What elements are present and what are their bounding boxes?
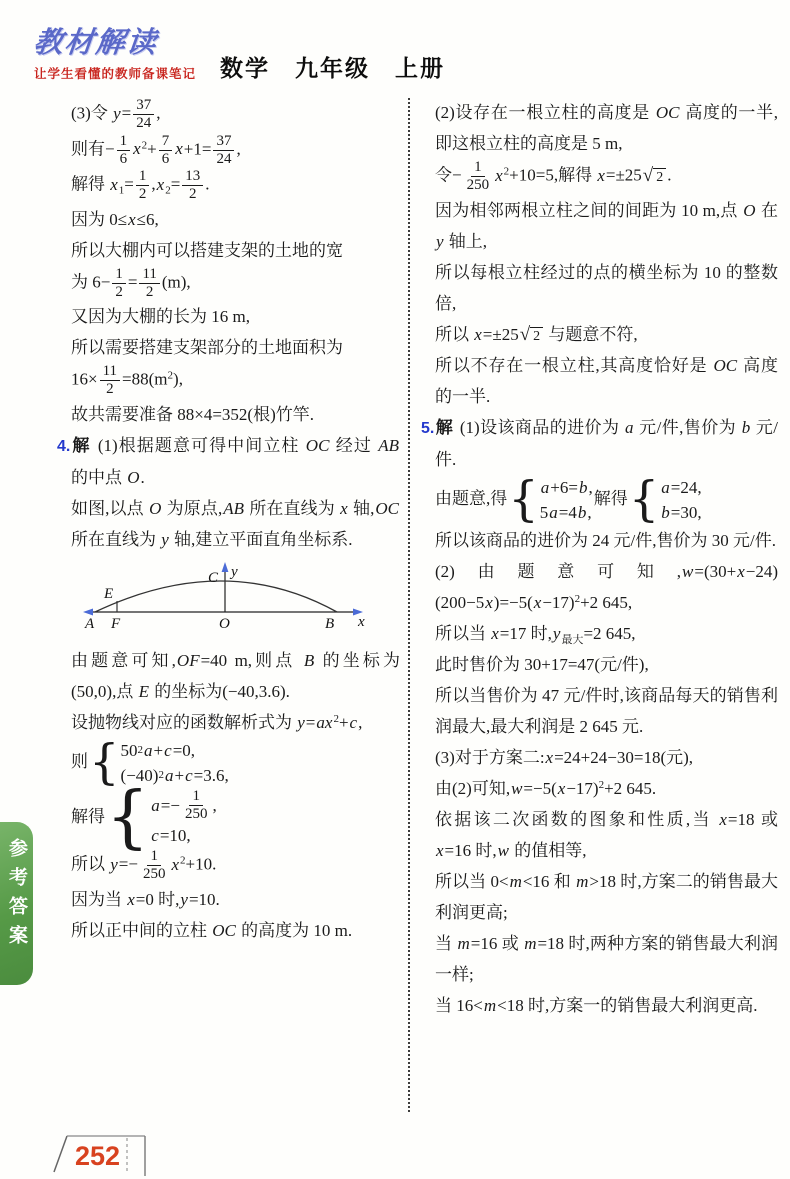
solution-paragraph: 解得{a=−1250,c=10, bbox=[57, 788, 400, 849]
text-run: = bbox=[306, 713, 316, 732]
math-variable: O bbox=[742, 201, 756, 220]
math-variable: x bbox=[494, 166, 504, 185]
solution-paragraph: (2)设存在一根立柱的高度是 OC 高度的一半,即这根立柱的高度是 5 m, bbox=[421, 97, 778, 159]
item-number: 4. bbox=[57, 438, 71, 455]
solution-paragraph: 由(2)可知,w=−5(x−17)2+2 645. bbox=[421, 773, 778, 804]
solution-paragraph: 所以正中间的立柱 OC 的高度为 10 m. bbox=[57, 915, 400, 946]
text-run: 在 bbox=[756, 201, 778, 220]
text-run: (1)根据题意可得中间立柱 bbox=[93, 436, 305, 455]
math-variable: y bbox=[435, 232, 445, 251]
math-variable: y bbox=[109, 855, 119, 874]
math-variable: x bbox=[339, 499, 349, 518]
text-run: =− bbox=[119, 855, 138, 874]
text-run: 经过 bbox=[330, 436, 377, 455]
solution-paragraph: 所以每根立柱经过的点的横坐标为 10 的整数倍, bbox=[421, 257, 778, 319]
solution-paragraph: 因为 0≤x≤6, bbox=[57, 204, 400, 235]
solution-paragraph: 所以大棚内可以搭建支架的土地的宽 bbox=[57, 235, 400, 266]
fraction-numerator: 7 bbox=[159, 133, 173, 151]
math-variable: y bbox=[296, 713, 306, 732]
solution-paragraph: 所以当 x=17 时,y最大=2 645, bbox=[421, 618, 778, 649]
text-run: + bbox=[147, 139, 157, 158]
text-run: = bbox=[122, 104, 132, 123]
math-variable: B bbox=[303, 651, 315, 670]
math-fraction: 3724 bbox=[133, 97, 154, 133]
math-fraction: 76 bbox=[159, 133, 173, 169]
fraction-numerator: 1 bbox=[112, 266, 126, 284]
text-run: , bbox=[156, 104, 160, 123]
text-run: +1= bbox=[184, 139, 212, 158]
math-variable: x bbox=[557, 779, 567, 798]
text-run: . bbox=[205, 175, 209, 194]
cases-brace: { bbox=[629, 480, 660, 518]
math-variable: a bbox=[143, 738, 154, 763]
text-run: 与题意不符, bbox=[544, 325, 638, 344]
fraction-denominator: 2 bbox=[186, 186, 200, 203]
text-run: + bbox=[339, 713, 349, 732]
fraction-denominator: 250 bbox=[464, 177, 493, 194]
math-variable: b bbox=[578, 475, 589, 500]
text-run: 因为相邻两根立柱之间的间距为 10 m,点 bbox=[435, 201, 742, 220]
text-run: )=−5( bbox=[494, 593, 533, 612]
math-variable: y bbox=[160, 530, 170, 549]
text-run: 所在直线为 bbox=[245, 499, 339, 518]
bold-run: 解 bbox=[435, 418, 455, 437]
text-run: 解得 bbox=[71, 807, 105, 826]
fraction-numerator: 1 bbox=[136, 168, 150, 186]
math-fraction: 112 bbox=[139, 266, 159, 302]
math-variable: OC bbox=[305, 436, 331, 455]
reference-answers-tab-label: 参考答案 bbox=[3, 838, 30, 985]
text-run: 的中点 bbox=[71, 468, 126, 487]
text-run: 当 16< bbox=[435, 996, 483, 1015]
text-run: =88(m bbox=[122, 370, 167, 389]
text-run: 的高度为 10 m. bbox=[237, 921, 352, 940]
solution-paragraph: 所以需要搭建支架部分的土地面积为 bbox=[57, 332, 400, 363]
solution-paragraph: (2)由题意可知,w=(30+x−24)(200−5x)=−5(x−17)2+2… bbox=[421, 556, 778, 618]
math-variable: x bbox=[156, 175, 166, 194]
cases-rows: a=24,b=30, bbox=[660, 475, 701, 525]
answer-column-right: (2)设存在一根立柱的高度是 OC 高度的一半,即这根立柱的高度是 5 m,令−… bbox=[421, 97, 778, 1021]
fraction-numerator: 37 bbox=[133, 97, 154, 115]
text-run: =30, bbox=[671, 500, 702, 525]
fraction-denominator: 6 bbox=[159, 151, 173, 168]
radicand: 2 bbox=[653, 168, 666, 187]
numbered-solution-paragraph: 5.解 (1)设该商品的进价为 a 元/件,售价为 b 元/件. bbox=[421, 412, 778, 475]
solution-paragraph: 令−1250x2+10=5,解得 x=±25√2. bbox=[421, 159, 778, 195]
fraction-numerator: 37 bbox=[213, 133, 234, 151]
text-run: 解得 bbox=[594, 488, 628, 507]
text-run: 所以每根立柱经过的点的横坐标为 10 的整数倍, bbox=[435, 263, 778, 313]
text-run: 因为当 bbox=[71, 890, 126, 909]
fraction-denominator: 2 bbox=[143, 284, 157, 301]
math-variable: a bbox=[624, 418, 635, 437]
fraction-denominator: 250 bbox=[140, 866, 169, 883]
math-variable: x bbox=[435, 841, 445, 860]
text-run: 所以当售价为 47 元/件时,该商品每天的销售利润最大,最大利润是 2 645 … bbox=[435, 686, 778, 736]
text-run: 令− bbox=[435, 166, 462, 185]
text-run: =24+24−30=18(元), bbox=[554, 748, 693, 767]
text-run: =10, bbox=[160, 823, 191, 848]
text-run: <18 时,方案一的销售最大利润更高. bbox=[497, 996, 757, 1015]
text-run: , bbox=[212, 793, 216, 818]
math-variable: ax bbox=[315, 713, 333, 732]
cases-brace: { bbox=[89, 743, 120, 781]
text-run: +2 645. bbox=[604, 779, 656, 798]
text-run: 由(2)可知, bbox=[435, 779, 510, 798]
text-run: +2 645, bbox=[580, 593, 632, 612]
solution-paragraph: 因为当 x=0 时,y=10. bbox=[57, 884, 400, 915]
solution-paragraph: 设抛物线对应的函数解析式为 y=ax2+c, bbox=[57, 707, 400, 738]
math-cases: {a=−1250,c=10, bbox=[106, 788, 217, 849]
point-label-O: O bbox=[219, 616, 230, 632]
text-run: = bbox=[171, 175, 181, 194]
fraction-numerator: 13 bbox=[182, 168, 203, 186]
text-run: =− bbox=[161, 793, 180, 818]
text-run: −17) bbox=[542, 593, 574, 612]
math-variable: m bbox=[575, 872, 589, 891]
text-run: 5 bbox=[540, 500, 549, 525]
text-run: , bbox=[236, 139, 240, 158]
solution-paragraph: 解得 x1=12,x2=132. bbox=[57, 168, 400, 204]
math-radical: √2 bbox=[643, 168, 666, 187]
text-run: 因为 0≤ bbox=[71, 210, 127, 229]
math-variable: y bbox=[552, 624, 562, 643]
text-run: 所以正中间的立柱 bbox=[71, 921, 211, 940]
math-variable: AB bbox=[222, 499, 245, 518]
math-variable: m bbox=[483, 996, 497, 1015]
text-run: =3.6, bbox=[194, 763, 229, 788]
solution-paragraph: 依据该二次函数的图象和性质,当 x=18 或 x=16 时,w 的值相等, bbox=[421, 804, 778, 866]
text-run: ), bbox=[173, 370, 183, 389]
text-run: 的坐标为(−40,3.6). bbox=[150, 682, 290, 701]
math-variable: x bbox=[473, 325, 483, 344]
text-run: (m), bbox=[162, 272, 191, 291]
text-run: 50 bbox=[121, 738, 138, 763]
solution-paragraph: (3)对于方案二:x=24+24−30=18(元), bbox=[421, 742, 778, 773]
text-run: 轴,建立平面直角坐标系. bbox=[170, 530, 353, 549]
math-variable: m bbox=[509, 872, 523, 891]
math-variable: x bbox=[545, 748, 555, 767]
column-divider bbox=[408, 98, 410, 1112]
math-fraction: 12 bbox=[136, 168, 150, 204]
cases-row: a=−1250, bbox=[150, 788, 216, 824]
cases-row: a+6=b, bbox=[540, 475, 593, 500]
fraction-numerator: 11 bbox=[139, 266, 159, 284]
solution-paragraph: 由题意,得{a+6=b,5a=4b,解得{a=24,b=30, bbox=[421, 475, 778, 525]
page-title: 数学 九年级 上册 bbox=[0, 50, 665, 83]
text-run: , bbox=[587, 500, 591, 525]
math-fraction: 1250 bbox=[140, 848, 169, 884]
parabola-figure: A F O B x C y E bbox=[75, 560, 400, 642]
math-variable: x bbox=[170, 855, 180, 874]
math-variable: w bbox=[681, 562, 694, 581]
solution-paragraph: (3)令 y=3724, bbox=[57, 97, 400, 133]
math-variable: OC bbox=[374, 499, 400, 518]
math-variable: c bbox=[163, 738, 173, 763]
solution-paragraph: 所以该商品的进价为 24 元/件,售价为 30 元/件. bbox=[421, 525, 778, 556]
math-fraction: 12 bbox=[112, 266, 126, 302]
solution-paragraph: 因为相邻两根立柱之间的间距为 10 m,点 O 在 y 轴上, bbox=[421, 195, 778, 257]
text-run: =10. bbox=[189, 890, 220, 909]
math-variable: x bbox=[127, 210, 137, 229]
math-variable: x bbox=[174, 139, 184, 158]
text-run: =16 时, bbox=[445, 841, 497, 860]
fraction-numerator: 1 bbox=[189, 788, 203, 806]
math-variable: c bbox=[349, 713, 359, 732]
text-run: =±25 bbox=[483, 325, 519, 344]
text-run: + bbox=[154, 738, 164, 763]
text-run: . bbox=[667, 166, 671, 185]
math-variable: a bbox=[164, 763, 175, 788]
text-run: (2)设存在一根立柱的高度是 bbox=[435, 103, 655, 122]
text-run: =(30+ bbox=[694, 562, 736, 581]
fraction-denominator: 24 bbox=[213, 151, 234, 168]
math-variable: y bbox=[179, 890, 189, 909]
math-variable: c bbox=[150, 823, 160, 848]
text-run: 的值相等, bbox=[510, 841, 587, 860]
text-run: 故共需要准备 88×4=352(根)竹竿. bbox=[71, 405, 314, 424]
text-run: 16× bbox=[71, 370, 98, 389]
math-variable: x bbox=[718, 810, 728, 829]
text-run: , bbox=[588, 475, 592, 500]
text-run: =17 时, bbox=[500, 624, 552, 643]
text-run: 如图,以点 bbox=[71, 499, 148, 518]
math-variable: m bbox=[456, 934, 470, 953]
math-variable: x bbox=[596, 166, 606, 185]
text-run: (1)设该商品的进价为 bbox=[455, 418, 624, 437]
page-number-mark: 252 bbox=[40, 1124, 162, 1179]
math-fraction: 1250 bbox=[182, 788, 211, 824]
text-run: +10. bbox=[186, 855, 217, 874]
math-variable: x bbox=[736, 562, 746, 581]
text-run: 由题意,得 bbox=[435, 488, 507, 507]
radicand: 2 bbox=[530, 327, 543, 346]
text-run: ≤6, bbox=[137, 210, 159, 229]
text-run: =24, bbox=[671, 475, 702, 500]
page-number-frame: 252 bbox=[40, 1124, 162, 1178]
math-variable: x bbox=[484, 593, 494, 612]
cases-row: c=10, bbox=[150, 823, 190, 848]
cases-row: 502a+c=0, bbox=[121, 738, 195, 763]
solution-paragraph: 又因为大棚的长为 16 m, bbox=[57, 301, 400, 332]
text-run: =0, bbox=[173, 738, 195, 763]
text-run: 所以 bbox=[435, 325, 473, 344]
fraction-denominator: 24 bbox=[133, 115, 154, 132]
text-run: , bbox=[151, 175, 155, 194]
text-run: = bbox=[128, 272, 138, 291]
solution-paragraph: 由题意可知,OF=40 m,则点 B 的坐标为(50,0),点 E 的坐标为(−… bbox=[57, 645, 400, 707]
text-run: 为原点, bbox=[162, 499, 222, 518]
solution-paragraph: 当 16<m<18 时,方案一的销售最大利润更高. bbox=[421, 990, 778, 1021]
text-run: 元/件,售价为 bbox=[635, 418, 741, 437]
text-run: 又因为大棚的长为 16 m, bbox=[71, 307, 250, 326]
radical-sign-icon: √ bbox=[643, 166, 653, 185]
point-label-F: F bbox=[110, 616, 121, 632]
math-variable: y bbox=[112, 104, 122, 123]
frame-slant-line bbox=[54, 1136, 67, 1172]
math-fraction: 3724 bbox=[213, 133, 234, 169]
fraction-denominator: 6 bbox=[117, 151, 131, 168]
math-variable: OC bbox=[655, 103, 681, 122]
point-label-C: C bbox=[208, 570, 219, 586]
fraction-numerator: 1 bbox=[147, 848, 161, 866]
math-fraction: 1250 bbox=[464, 159, 493, 195]
solution-paragraph: 为 6−12=112(m), bbox=[57, 266, 400, 302]
text-run: 所以该商品的进价为 24 元/件,售价为 30 元/件. bbox=[435, 531, 776, 550]
math-variable: O bbox=[126, 468, 140, 487]
text-run: =−5( bbox=[523, 779, 556, 798]
fraction-denominator: 2 bbox=[112, 284, 126, 301]
math-variable: a bbox=[660, 475, 671, 500]
math-variable: a bbox=[150, 793, 161, 818]
text-run: 所以当 bbox=[435, 624, 490, 643]
text-run: (2)由题意可知, bbox=[435, 562, 681, 581]
item-number: 5. bbox=[421, 420, 435, 437]
text-run: =16 或 bbox=[471, 934, 523, 953]
text-run: 所以当 0< bbox=[435, 872, 509, 891]
text-run: 解得 bbox=[71, 175, 109, 194]
cases-row: b=30, bbox=[660, 500, 701, 525]
answer-column-left: (3)令 y=3724,则有−16x2+76x+1=3724,解得 x1=12,… bbox=[57, 97, 400, 946]
math-variable: x bbox=[109, 175, 119, 194]
math-fraction: 132 bbox=[182, 168, 203, 204]
text-run: 此时售价为 30+17=47(元/件), bbox=[435, 655, 649, 674]
text-run: (3)对于方案二: bbox=[435, 748, 545, 767]
cases-rows: a=−1250,c=10, bbox=[150, 788, 216, 849]
math-variable: x bbox=[126, 890, 136, 909]
text-run: 则有− bbox=[71, 139, 115, 158]
parabola-figure-svg: A F O B x C y E bbox=[75, 560, 375, 632]
math-fraction: 112 bbox=[100, 363, 120, 399]
fraction-denominator: 250 bbox=[182, 806, 211, 823]
x-axis-left-arrow-icon bbox=[83, 608, 93, 615]
fraction-denominator: 2 bbox=[103, 381, 117, 398]
text-run: 轴上, bbox=[445, 232, 488, 251]
text-run: 所以 bbox=[71, 855, 109, 874]
math-variable: m bbox=[523, 934, 537, 953]
point-label-B: B bbox=[325, 616, 334, 632]
text-run: 所在直线为 bbox=[71, 530, 160, 549]
math-variable: OF bbox=[176, 651, 201, 670]
page-number: 252 bbox=[75, 1141, 120, 1171]
text-run: + bbox=[174, 763, 184, 788]
solution-paragraph: 所以当 0<m<16 和 m>18 时,方案二的销售最大利润更高; bbox=[421, 866, 778, 928]
cases-brace: { bbox=[508, 480, 539, 518]
text-run: +10=5,解得 bbox=[509, 166, 596, 185]
solution-paragraph: 故共需要准备 88×4=352(根)竹竿. bbox=[57, 399, 400, 430]
fraction-numerator: 1 bbox=[117, 133, 131, 151]
text-run: 则 bbox=[71, 751, 88, 770]
text-run: (3)令 bbox=[71, 104, 112, 123]
numbered-solution-paragraph: 4.解 (1)根据题意可得中间立柱 OC 经过 AB 的中点 O. bbox=[57, 430, 400, 493]
radical-sign-icon: √ bbox=[520, 325, 530, 344]
text-run: , bbox=[358, 713, 362, 732]
text-run: =40 m,则点 bbox=[201, 651, 303, 670]
reference-answers-tab: 参考答案 bbox=[0, 822, 33, 985]
subscript: 最大 bbox=[561, 634, 583, 646]
solution-paragraph: 所以 x=±25√2 与题意不符, bbox=[421, 319, 778, 350]
math-variable: x bbox=[490, 624, 500, 643]
text-run: 所以不存在一根立柱,其高度恰好是 bbox=[435, 356, 712, 375]
solution-paragraph: 16×112=88(m2), bbox=[57, 363, 400, 399]
math-cases: {a=24,b=30, bbox=[629, 475, 702, 525]
axis-label-y: y bbox=[229, 564, 238, 580]
math-cases: {a+6=b,5a=4b, bbox=[508, 475, 592, 525]
cases-brace: { bbox=[106, 791, 149, 845]
book-page: 教材解读 让学生看懂的教师备课笔记 数学 九年级 上册 (3)令 y=3724,… bbox=[0, 0, 790, 1179]
text-run: 为 6− bbox=[71, 272, 110, 291]
point-label-A: A bbox=[84, 616, 95, 632]
math-variable: x bbox=[533, 593, 543, 612]
solution-paragraph: 则有−16x2+76x+1=3724, bbox=[57, 133, 400, 169]
text-run: <16 和 bbox=[523, 872, 575, 891]
math-variable: b bbox=[577, 500, 588, 525]
fraction-denominator: 2 bbox=[136, 186, 150, 203]
text-run: =18 或 bbox=[728, 810, 778, 829]
math-variable: a bbox=[548, 500, 559, 525]
text-run: 轴, bbox=[349, 499, 375, 518]
text-run: =0 时, bbox=[136, 890, 180, 909]
bold-run: 解 bbox=[71, 436, 92, 455]
fraction-numerator: 1 bbox=[471, 159, 485, 177]
math-variable: AB bbox=[377, 436, 400, 455]
math-variable: c bbox=[184, 763, 194, 788]
solution-paragraph: 如图,以点 O 为原点,AB 所在直线为 x 轴,OC 所在直线为 y 轴,建立… bbox=[57, 493, 400, 555]
solution-paragraph: 所以不存在一根立柱,其高度恰好是 OC 高度的一半. bbox=[421, 350, 778, 412]
math-variable: OC bbox=[712, 356, 738, 375]
fraction-numerator: 11 bbox=[100, 363, 120, 381]
cases-row: 5a=4b, bbox=[540, 500, 592, 525]
text-run: = bbox=[124, 175, 134, 194]
text-run: =±25 bbox=[606, 166, 642, 185]
text-run: . bbox=[141, 468, 145, 487]
text-run: 当 bbox=[435, 934, 456, 953]
point-label-E: E bbox=[103, 586, 113, 602]
text-run: 依据该二次函数的图象和性质,当 bbox=[435, 810, 718, 829]
math-variable: OC bbox=[211, 921, 237, 940]
cases-row: a=24, bbox=[660, 475, 701, 500]
math-variable: w bbox=[510, 779, 523, 798]
text-run: 所以大棚内可以搭建支架的土地的宽 bbox=[71, 241, 343, 260]
math-variable: O bbox=[148, 499, 162, 518]
math-variable: x bbox=[132, 139, 142, 158]
math-variable: b bbox=[741, 418, 752, 437]
math-variable: b bbox=[660, 500, 671, 525]
math-fraction: 16 bbox=[117, 133, 131, 169]
axis-label-x: x bbox=[357, 614, 365, 630]
cases-rows: a+6=b,5a=4b, bbox=[540, 475, 593, 525]
text-run: 设抛物线对应的函数解析式为 bbox=[71, 713, 296, 732]
text-run: =4 bbox=[559, 500, 577, 525]
text-run: −17) bbox=[566, 779, 598, 798]
y-axis-arrow-icon bbox=[222, 562, 229, 572]
text-run: 所以需要搭建支架部分的土地面积为 bbox=[71, 338, 343, 357]
solution-paragraph: 此时售价为 30+17=47(元/件), bbox=[421, 649, 778, 680]
math-variable: w bbox=[497, 841, 510, 860]
solution-paragraph: 所以 y=−1250x2+10. bbox=[57, 848, 400, 884]
solution-paragraph: 当 m=16 或 m=18 时,两种方案的销售最大利润一样; bbox=[421, 928, 778, 990]
text-run: +6= bbox=[550, 475, 578, 500]
text-run: =2 645, bbox=[583, 624, 635, 643]
math-variable: E bbox=[138, 682, 150, 701]
math-radical: √2 bbox=[520, 327, 543, 346]
solution-paragraph: 所以当售价为 47 元/件时,该商品每天的销售利润最大,最大利润是 2 645 … bbox=[421, 680, 778, 742]
math-variable: a bbox=[540, 475, 551, 500]
text-run: 由题意可知, bbox=[71, 651, 176, 670]
